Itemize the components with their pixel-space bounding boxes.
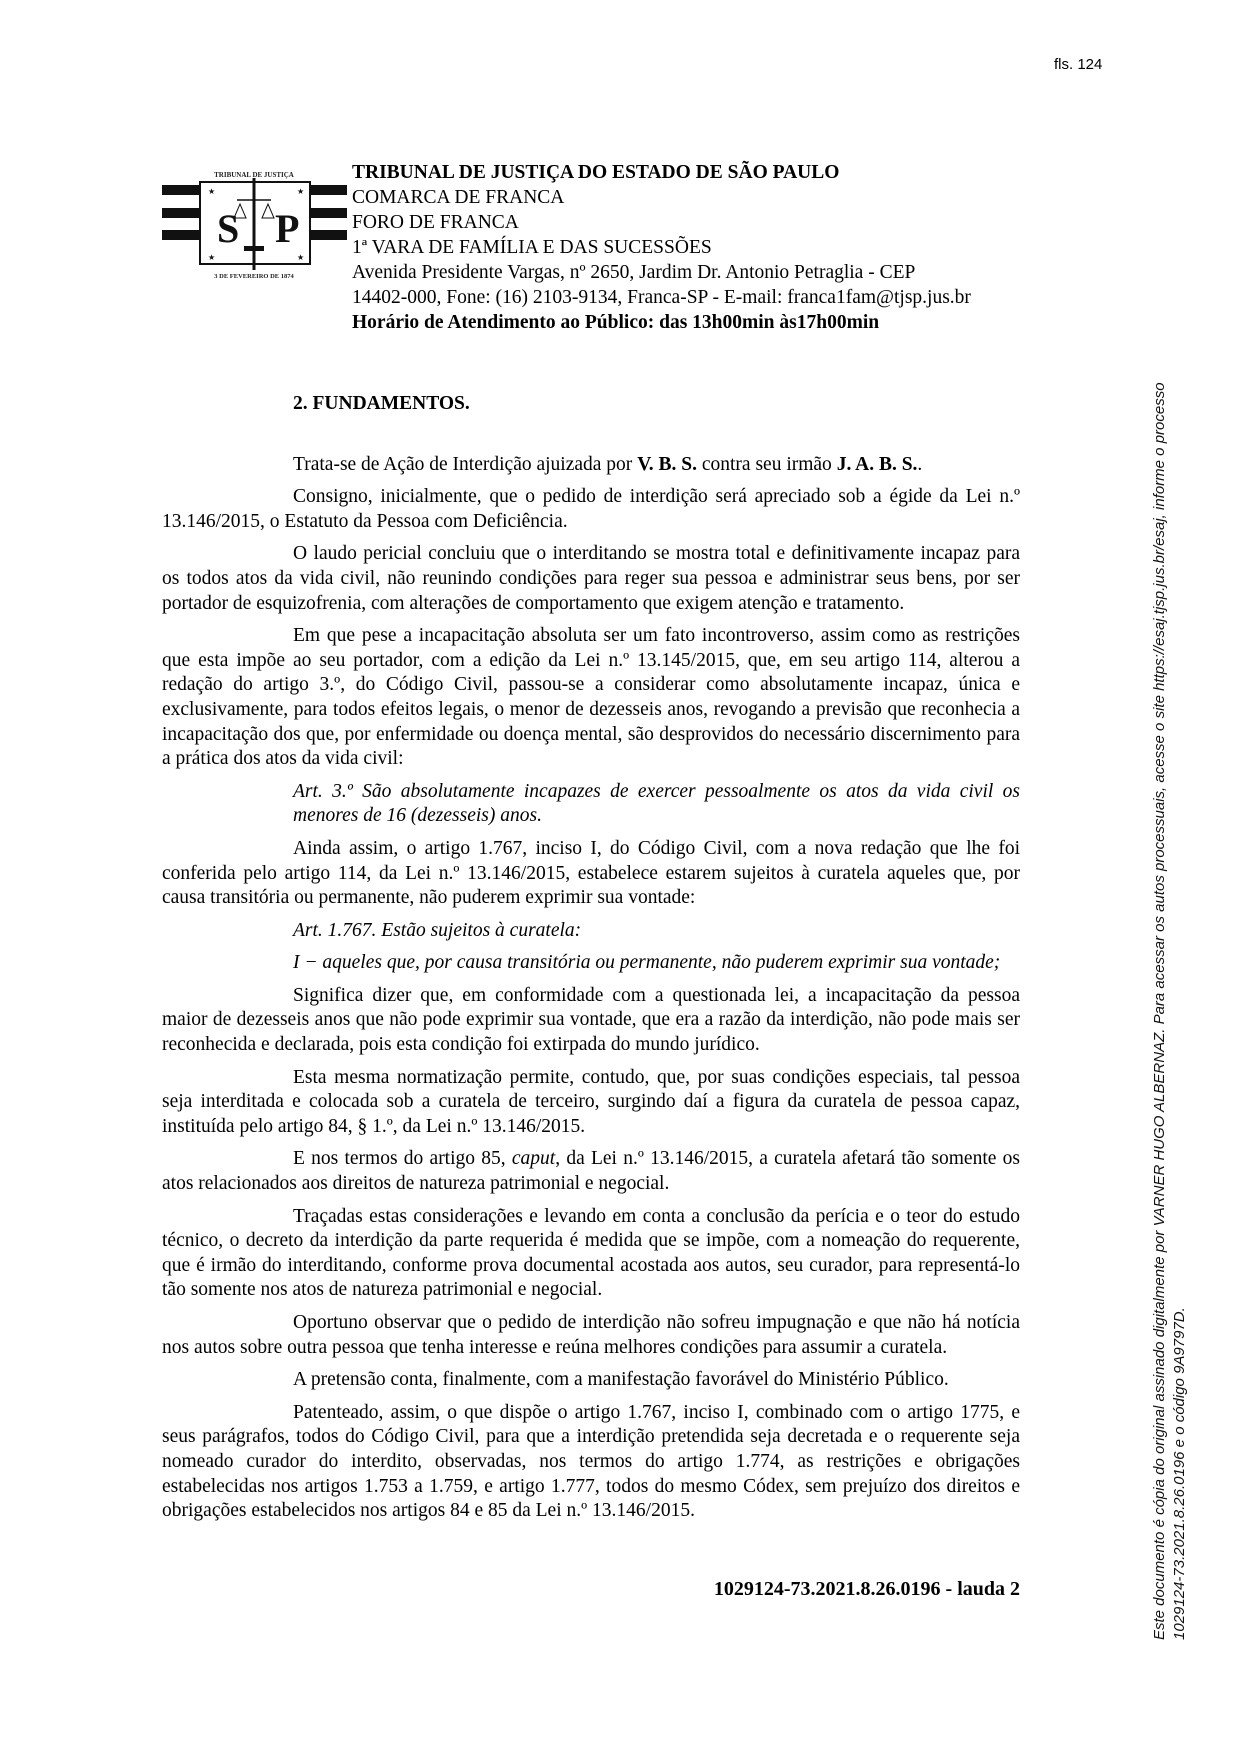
svg-text:P: P [275, 206, 299, 251]
paragraph-2: Consigno, inicialmente, que o pedido de … [162, 485, 1020, 534]
case-number-footer: 1029124-73.2021.8.26.0196 - lauda 2 [714, 1578, 1020, 1601]
legal-quote-inciso-i: I − aqueles que, por causa transitória o… [293, 951, 1020, 976]
section-title: 2. FUNDAMENTOS. [293, 392, 1020, 417]
paragraph-5: Ainda assim, o artigo 1.767, inciso I, d… [162, 837, 1020, 911]
plaintiff-initials: V. B. S. [637, 454, 697, 475]
defendant-initials: J. A. B. S. [837, 454, 918, 475]
svg-text:★: ★ [208, 187, 215, 196]
svg-text:3 DE FEVEREIRO DE 1874: 3 DE FEVEREIRO DE 1874 [214, 273, 294, 280]
paragraph-1: Trata-se de Ação de Interdição ajuizada … [162, 453, 1020, 478]
paragraph-7: Esta mesma normatização permite, contudo… [162, 1066, 1020, 1140]
signature-note-line-2: 1029124-73.2021.8.26.0196 e o código 9A9… [1170, 382, 1190, 1640]
paragraph-12: Patenteado, assim, o que dispõe o artigo… [162, 1401, 1020, 1524]
address-line-2: 14402-000, Fone: (16) 2103-9134, Franca-… [352, 285, 971, 310]
signature-note-line-1: Este documento é cópia do original assin… [1150, 382, 1170, 1640]
legal-quote-art1767: Art. 1.767. Estão sujeitos à curatela: [293, 919, 1020, 944]
paragraph-9: Traçadas estas considerações e levando e… [162, 1205, 1020, 1303]
foro: FORO DE FRANCA [352, 210, 971, 235]
paragraph-11: A pretensão conta, finalmente, com a man… [162, 1368, 1020, 1393]
document-header: TRIBUNAL DE JUSTIÇA S P ★ ★ ★ ★ 3 DE FEV… [162, 150, 1042, 350]
svg-text:★: ★ [297, 187, 304, 196]
address-line-1: Avenida Presidente Vargas, nº 2650, Jard… [352, 260, 971, 285]
tjsp-logo-icon: TRIBUNAL DE JUSTIÇA S P ★ ★ ★ ★ 3 DE FEV… [162, 150, 347, 280]
vara: 1ª VARA DE FAMÍLIA E DAS SUCESSÕES [352, 235, 971, 260]
svg-text:★: ★ [297, 253, 304, 262]
paragraph-10: Oportuno observar que o pedido de interd… [162, 1311, 1020, 1360]
svg-text:TRIBUNAL DE JUSTIÇA: TRIBUNAL DE JUSTIÇA [214, 171, 294, 179]
paragraph-8: E nos termos do artigo 85, caput, da Lei… [162, 1147, 1020, 1196]
court-info: TRIBUNAL DE JUSTIÇA DO ESTADO DE SÃO PAU… [352, 160, 971, 335]
svg-text:★: ★ [208, 253, 215, 262]
court-name: TRIBUNAL DE JUSTIÇA DO ESTADO DE SÃO PAU… [352, 160, 971, 185]
paragraph-3: O laudo pericial concluiu que o interdit… [162, 542, 1020, 616]
page-number: fls. 124 [1054, 56, 1102, 73]
document-body: 2. FUNDAMENTOS. Trata-se de Ação de Inte… [162, 392, 1020, 1532]
legal-quote-art3: Art. 3.º São absolutamente incapazes de … [293, 780, 1020, 829]
paragraph-6: Significa dizer que, em conformidade com… [162, 984, 1020, 1058]
paragraph-4: Em que pese a incapacitação absoluta ser… [162, 624, 1020, 772]
digital-signature-note: Este documento é cópia do original assin… [1150, 382, 1190, 1640]
comarca: COMARCA DE FRANCA [352, 185, 971, 210]
office-hours: Horário de Atendimento ao Público: das 1… [352, 310, 971, 335]
